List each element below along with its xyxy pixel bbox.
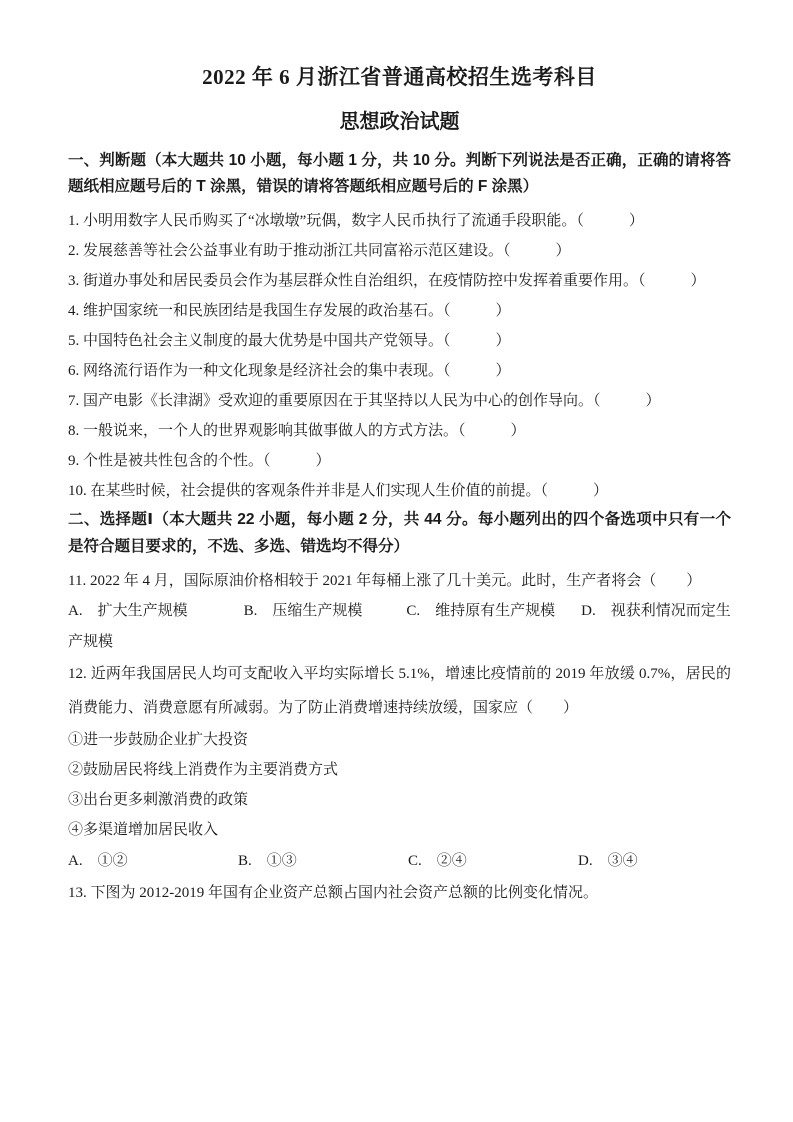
judge-question-10: 10. 在某些时候，社会提供的客观条件并非是人们实现人生价值的前提。（ ） xyxy=(68,476,731,506)
judge-question-5: 5. 中国特色社会主义制度的最大优势是中国共产党领导。（ ） xyxy=(68,326,731,356)
q11-option-b: B. 压缩生产规模 xyxy=(244,603,363,619)
q12-item-1: ①进一步鼓励企业扩大投资 xyxy=(68,725,731,755)
judge-question-7: 7. 国产电影《长津湖》受欢迎的重要原因在于其坚持以人民为中心的创作导向。（ ） xyxy=(68,386,731,416)
judge-question-1: 1. 小明用数字人民币购买了“冰墩墩”玩偶，数字人民币执行了流通手段职能。（ ） xyxy=(68,206,731,236)
q12-item-3: ③出台更多刺激消费的政策 xyxy=(68,785,731,815)
q11-options: A. 扩大生产规模B. 压缩生产规模C. 维持原有生产规模D. 视获利情况而定生… xyxy=(68,596,731,658)
q12-options: A. ①②B. ①③C. ②④D. ③④ xyxy=(68,845,731,878)
judge-question-6: 6. 网络流行语作为一种文化现象是经济社会的集中表现。（ ） xyxy=(68,356,731,386)
q11-option-c: C. 维持原有生产规模 xyxy=(406,603,555,619)
q11-option-a: A. 扩大生产规模 xyxy=(68,603,188,619)
q11-stem: 11. 2022 年 4 月，国际原油价格相较于 2021 年每桶上涨了几十美元… xyxy=(68,566,731,596)
q12-item-4: ④多渠道增加居民收入 xyxy=(68,815,731,845)
q12-option-d: D. ③④ xyxy=(578,845,638,878)
judge-question-2: 2. 发展慈善等社会公益事业有助于推动浙江共同富裕示范区建设。（ ） xyxy=(68,236,731,266)
exam-page: 2022 年 6 月浙江省普通高校招生选考科目 思想政治试题 一、判断题（本大题… xyxy=(0,0,793,1122)
q12-option-b: B. ①③ xyxy=(238,845,408,878)
exam-subtitle: 思想政治试题 xyxy=(68,108,731,136)
judge-question-9: 9. 个性是被共性包含的个性。（ ） xyxy=(68,446,731,476)
judge-question-3: 3. 街道办事处和居民委员会作为基层群众性自治组织，在疫情防控中发挥着重要作用。… xyxy=(68,266,731,296)
q12-option-c: C. ②④ xyxy=(408,845,578,878)
q12-item-2: ②鼓励居民将线上消费作为主要消费方式 xyxy=(68,755,731,785)
section2-heading: 二、选择题Ⅰ（本大题共 22 小题，每小题 2 分，共 44 分。每小题列出的四… xyxy=(68,506,731,560)
section1-heading: 一、判断题（本大题共 10 小题，每小题 1 分，共 10 分。判断下列说法是否… xyxy=(68,148,731,200)
exam-title: 2022 年 6 月浙江省普通高校招生选考科目 xyxy=(68,62,731,92)
q12-stem: 12. 近两年我国居民人均可支配收入平均实际增长 5.1%，增速比疫情前的 20… xyxy=(68,658,731,725)
judge-question-8: 8. 一般说来，一个人的世界观影响其做事做人的方式方法。（ ） xyxy=(68,416,731,446)
q12-option-a: A. ①② xyxy=(68,845,238,878)
judge-question-list: 1. 小明用数字人民币购买了“冰墩墩”玩偶，数字人民币执行了流通手段职能。（ ）… xyxy=(68,206,731,506)
q13-stem: 13. 下图为 2012-2019 年国有企业资产总额占国内社会资产总额的比例变… xyxy=(68,878,731,909)
judge-question-4: 4. 维护国家统一和民族团结是我国生存发展的政治基石。（ ） xyxy=(68,296,731,326)
